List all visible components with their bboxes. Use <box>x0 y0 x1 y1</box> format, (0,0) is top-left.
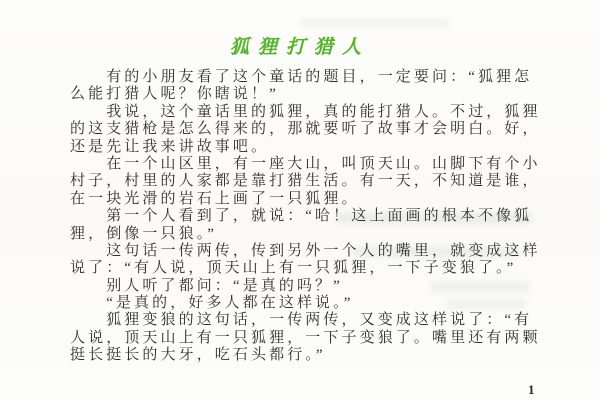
text-line: 村子，村里的人家都是靠打猎生活。有一天，不知道是谁， <box>70 173 542 190</box>
book-page: 狐狸打猎人 有的小朋友看了这个童话的题目，一定要问：“狐狸怎 么能打猎人呢？你瞎… <box>0 0 600 400</box>
story-text: 有的小朋友看了这个童话的题目，一定要问：“狐狸怎 么能打猎人呢？你瞎说！” 我说… <box>70 69 542 365</box>
text-line: 人说，顶天山上有一只狐狸，一下子变狼了。嘴里还有两颗 <box>70 330 542 347</box>
paragraph: 在一个山区里，有一座大山，叫顶天山。山脚下有个小 村子，村里的人家都是靠打猎生活… <box>70 156 542 208</box>
text-line: 还是先让我来讲故事吧。 <box>70 139 542 156</box>
paragraph: 狐狸变狼的这句话，一传两传，又变成这样说了：“有 人说，顶天山上有一只狐狸，一下… <box>70 312 542 364</box>
text-line: 第一个人看到了，就说：“哈！这上面画的根本不像狐 <box>70 208 542 225</box>
paragraph: 第一个人看到了，就说：“哈！这上面画的根本不像狐 狸，倒像一只狼。” <box>70 208 542 243</box>
page-title: 狐狸打猎人 <box>0 32 600 59</box>
text-line: 这句话一传两传，传到另外一个人的嘴里，就变成这样 <box>70 243 542 260</box>
paragraph: 别人听了都问：“是真的吗？” <box>70 278 542 295</box>
text-line: 别人听了都问：“是真的吗？” <box>70 278 542 295</box>
text-line: 说了：“有人说，顶天山上有一只狐狸，一下子变狼了。” <box>70 260 542 277</box>
text-line: 有的小朋友看了这个童话的题目，一定要问：“狐狸怎 <box>70 69 542 86</box>
page-number: 1 <box>528 382 535 398</box>
paragraph: 我说，这个童话里的狐狸，真的能打猎人。不过，狐狸 的这支猎枪是怎么得来的，那就要… <box>70 104 542 156</box>
text-line: 的这支猎枪是怎么得来的，那就要听了故事才会明白。好， <box>70 121 542 138</box>
text-line: 狸，倒像一只狼。” <box>70 226 542 243</box>
text-line: 么能打猎人呢？你瞎说！” <box>70 86 542 103</box>
text-line: 狐狸变狼的这句话，一传两传，又变成这样说了：“有 <box>70 312 542 329</box>
text-line: “是真的，好多人都在这样说。” <box>70 295 542 312</box>
paragraph: 这句话一传两传，传到另外一个人的嘴里，就变成这样 说了：“有人说，顶天山上有一只… <box>70 243 542 278</box>
text-line: 在一个山区里，有一座大山，叫顶天山。山脚下有个小 <box>70 156 542 173</box>
text-line: 挺长挺长的大牙，吃石头都行。” <box>70 347 542 364</box>
paragraph: “是真的，好多人都在这样说。” <box>70 295 542 312</box>
paragraph: 有的小朋友看了这个童话的题目，一定要问：“狐狸怎 么能打猎人呢？你瞎说！” <box>70 69 542 104</box>
text-line: 在一块光滑的岩石上画了一只狐狸。 <box>70 191 542 208</box>
text-line: 我说，这个童话里的狐狸，真的能打猎人。不过，狐狸 <box>70 104 542 121</box>
bleed-through-artifact <box>300 18 450 28</box>
